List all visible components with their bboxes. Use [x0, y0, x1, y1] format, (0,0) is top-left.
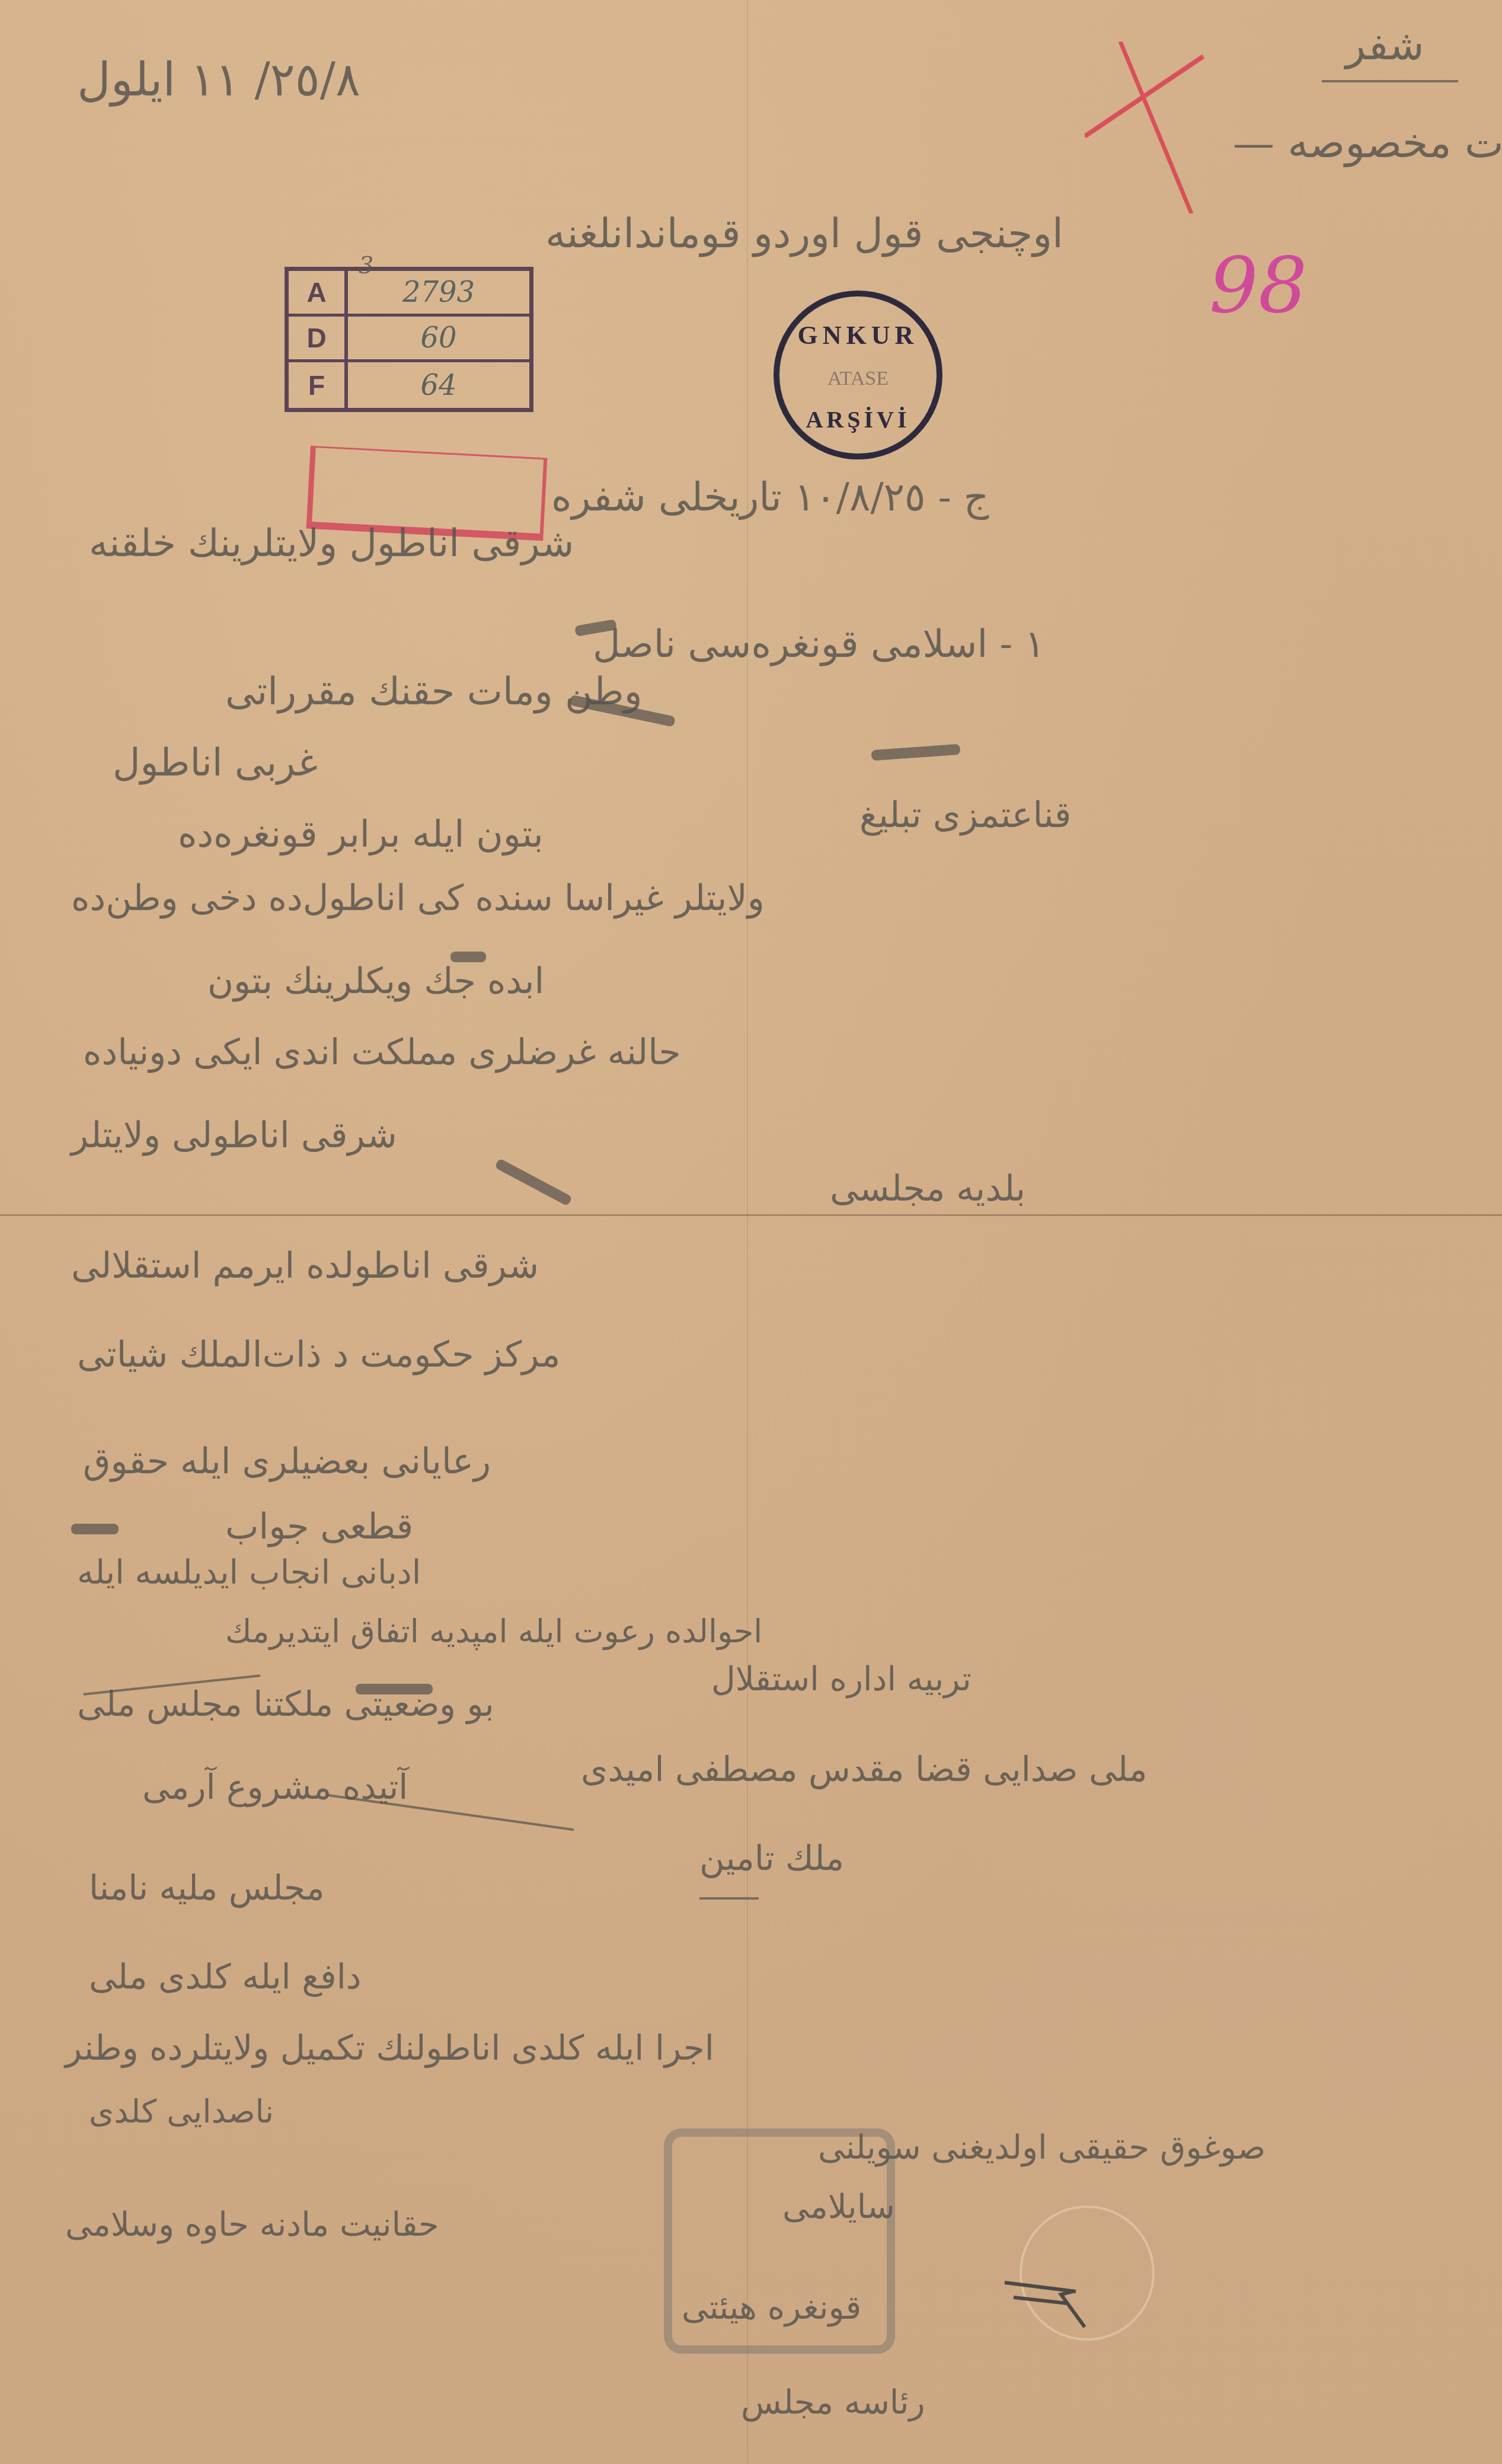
- title-line: اوچنجی قول اوردو قوماندانلغنه: [545, 210, 1063, 257]
- red-cross-mark: [1085, 42, 1221, 213]
- archive-seal: GNKUR ATASE ARŞİVİ: [774, 291, 942, 459]
- body-line: مجلس ملیه نامنا: [89, 1868, 324, 1908]
- ref-note-a: 3: [359, 252, 373, 279]
- reference-stamp: A 2793 D 60 F 64: [285, 267, 533, 412]
- ref-label-f: F: [289, 362, 348, 408]
- body-line: مركز حكومت د ذات‌الملك شیاتی: [77, 1334, 561, 1375]
- seal-bottom-text: ARŞİVİ: [779, 406, 937, 433]
- body-line: اجرا ایله كلدی اناطولنك تكمیل ولایتلرده …: [65, 2028, 714, 2068]
- scribble-mark: [1002, 2277, 1097, 2330]
- top-right-note: شفر: [1346, 21, 1424, 69]
- body-line: حقانیت مادنه حاوه وسلامی: [65, 2206, 439, 2244]
- body-line: بلدیه مجلسی: [830, 1168, 1025, 1209]
- body-line: شرقی اناطول ولایتلرینك خلقنه: [89, 522, 574, 566]
- strikeout-mark: [356, 1684, 433, 1694]
- body-line: ناصدایی كلدی: [89, 2093, 274, 2130]
- ref-label-d: D: [289, 317, 348, 362]
- seal-top-text: GNKUR: [779, 320, 937, 350]
- underline-mark: [699, 1897, 759, 1900]
- body-line: ملی صدایی قضا مقدس مصطفی امیدی: [581, 1749, 1148, 1789]
- top-right-underline: [1322, 80, 1458, 82]
- ref-value-a: 2793: [348, 271, 529, 317]
- body-line: غربی اناطول: [113, 741, 318, 785]
- strikeout-mark: [71, 1524, 119, 1534]
- body-line: ١ - اسلامی قونغره‌سی ناصل: [593, 623, 1045, 666]
- reference-line: ج - ١٠/٨/٢٥ تاریخلی شفره: [551, 474, 989, 520]
- vertical-fold-line: [747, 0, 748, 2464]
- ref-value-d: 60: [348, 317, 529, 362]
- body-line: رعایانی بعضیلری ایله حقوق: [83, 1441, 491, 1482]
- body-line: قناعتمزی تبلیغ: [859, 794, 1072, 836]
- body-line: ادبانی انجاب ایدیلسه ایله: [77, 1553, 421, 1592]
- top-left-date: ٢٥/٨/ ١١ ایلول: [77, 53, 360, 107]
- body-line: حالنه غرضلری مملكت اندی ایكی دونیاده: [83, 1032, 681, 1073]
- body-line: ملك تامین: [699, 1838, 844, 1878]
- body-line: شرقی اناطولی ولایتلر: [71, 1115, 397, 1156]
- folio-number: 98: [1209, 240, 1307, 330]
- seal-middle-text: ATASE: [779, 368, 937, 390]
- ref-label-a: A: [289, 271, 348, 317]
- body-line: قطعی جواب: [225, 1506, 413, 1547]
- body-line: رئاسه مجلس: [741, 2383, 925, 2422]
- pencil-grid-box: [664, 2128, 895, 2354]
- body-line: ابده جك ویكلرینك بتون: [207, 960, 544, 1002]
- ref-value-f: 64: [348, 362, 529, 408]
- strikeout-mark: [450, 952, 486, 962]
- body-line: شرقی اناطولده ایرمم استقلالی: [71, 1245, 539, 1287]
- top-right-recipient: ذات مخصوصه —: [1233, 119, 1502, 167]
- body-line: بتون ایله برابر قونغره‌ده: [178, 812, 544, 856]
- body-line: ولایتلر غیراسا سنده كی اناطول‌ده دخی وطن…: [71, 877, 765, 919]
- body-line: احوالده رعوت ایله امپدیه اتفاق ایتدیرمك: [225, 1613, 762, 1650]
- horizontal-fold-line: [0, 1214, 1502, 1216]
- body-line: تربیه اداره استقلال: [711, 1660, 971, 1699]
- body-line: دافع ایله كلدی ملی: [89, 1956, 362, 1997]
